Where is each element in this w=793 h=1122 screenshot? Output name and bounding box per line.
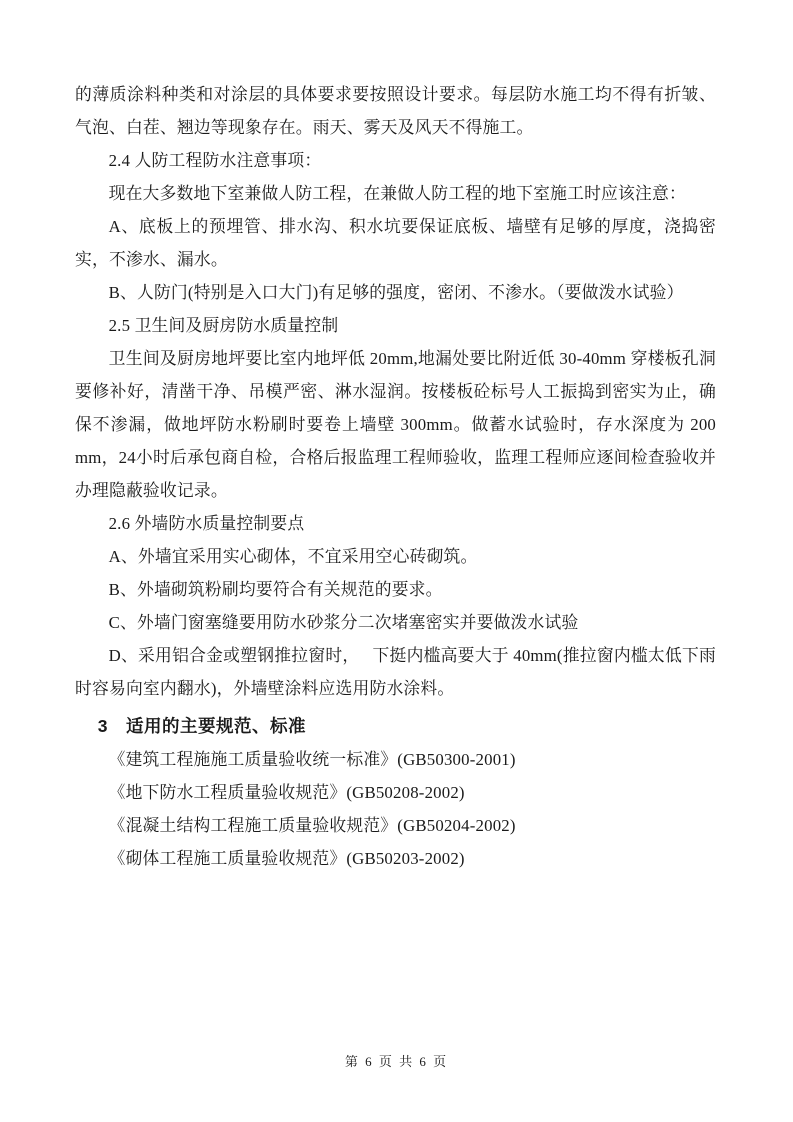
- list-item-d-exterior-wall: D、采用铝合金或塑钢推拉窗时， 下挺内槛高要大于 40mm(推拉窗内槛太低下雨时…: [75, 639, 716, 705]
- section-heading-2-5: 2.5 卫生间及厨房防水质量控制: [75, 309, 716, 342]
- section-heading-2-6: 2.6 外墙防水质量控制要点: [75, 507, 716, 540]
- list-item-c-exterior-wall: C、外墙门窗塞缝要用防水砂浆分二次堵塞密实并要做泼水试验: [75, 606, 716, 639]
- list-item-a-exterior-wall: A、外墙宜采用实心砌体，不宜采用空心砖砌筑。: [75, 540, 716, 573]
- page-footer: 第 6 页 共 6 页: [0, 1051, 793, 1070]
- paragraph-bathroom-kitchen: 卫生间及厨房地坪要比室内地坪低 20mm,地漏处要比附近低 30-40mm 穿楼…: [75, 342, 716, 507]
- section-heading-2-4: 2.4 人防工程防水注意事项：: [75, 144, 716, 177]
- paragraph-continuation: 的薄质涂料种类和对涂层的具体要求要按照设计要求。每层防水施工均不得有折皱、气泡、…: [75, 78, 716, 144]
- document-content: 的薄质涂料种类和对涂层的具体要求要按照设计要求。每层防水施工均不得有折皱、气泡、…: [75, 78, 716, 875]
- standard-reference-gb50300: 《建筑工程施施工质量验收统一标准》(GB50300-2001): [75, 743, 716, 776]
- list-item-a-renfang: A、底板上的预埋管、排水沟、积水坑要保证底板、墙壁有足够的厚度，浇捣密实，不渗水…: [75, 210, 716, 276]
- section-heading-3: 3 适用的主要规范、标准: [75, 710, 716, 743]
- standard-reference-gb50204: 《混凝土结构工程施工质量验收规范》(GB50204-2002): [75, 809, 716, 842]
- standard-reference-gb50208: 《地下防水工程质量验收规范》(GB50208-2002): [75, 776, 716, 809]
- list-item-b-renfang: B、人防门(特别是入口大门)有足够的强度，密闭、不渗水。（要做泼水试验）: [75, 276, 716, 309]
- standard-reference-gb50203: 《砌体工程施工质量验收规范》(GB50203-2002): [75, 842, 716, 875]
- document-page: 的薄质涂料种类和对涂层的具体要求要按照设计要求。每层防水施工均不得有折皱、气泡、…: [0, 0, 793, 1122]
- paragraph-renfang-intro: 现在大多数地下室兼做人防工程，在兼做人防工程的地下室施工时应该注意：: [75, 177, 716, 210]
- list-item-b-exterior-wall: B、外墙砌筑粉刷均要符合有关规范的要求。: [75, 573, 716, 606]
